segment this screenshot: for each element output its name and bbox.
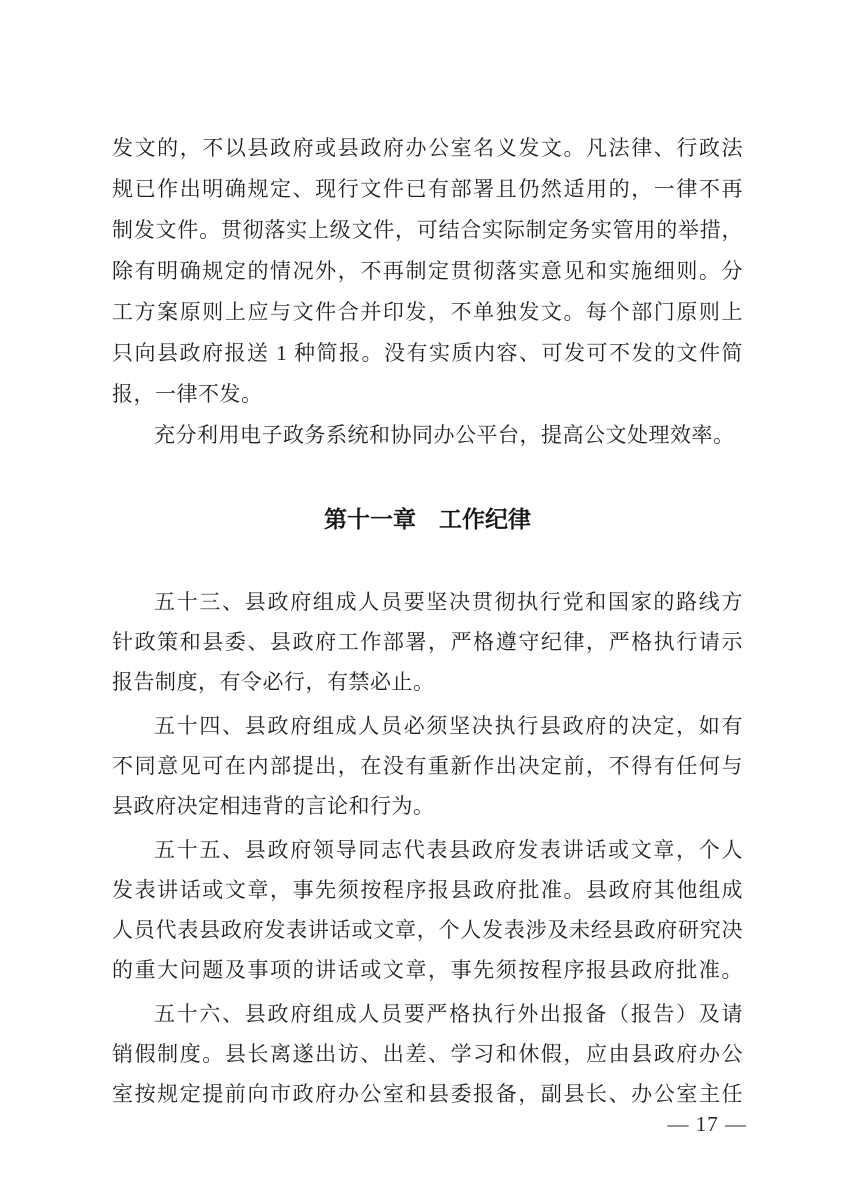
text-line: 县政府决定相违背的言论和行为。 — [112, 786, 743, 826]
text-line: 五十五、县政府领导同志代表县政府发表讲话或文章，个人 — [112, 830, 743, 870]
text-line: 工方案原则上应与文件合并印发，不单独发文。每个部门原则上 — [112, 292, 743, 333]
text-line: 室按规定提前向市政府办公室和县委报备，副县长、办公室主任 — [112, 1074, 743, 1114]
paragraph: 五十六、县政府组成人员要严格执行外出报备（报告）及请销假制度。县长离遂出访、出差… — [112, 994, 743, 1114]
text-line: 报，一律不发。 — [112, 374, 743, 415]
text-line: 除有明确规定的情况外，不再制定贯彻落实意见和实施细则。分 — [112, 251, 743, 292]
text-line: 只向县政府报送 1 种简报。没有实质内容、可发可不发的文件简 — [112, 333, 743, 374]
text-line: 发文的，不以县政府或县政府办公室名义发文。凡法律、行政法 — [112, 128, 743, 169]
page-number: — 17 — — [668, 1112, 748, 1137]
paragraph: 发文的，不以县政府或县政府办公室名义发文。凡法律、行政法规已作出明确规定、现行文… — [112, 128, 743, 415]
text-line: 制发文件。贯彻落实上级文件，可结合实际制定务实管用的举措， — [112, 210, 743, 251]
text-line: 规已作出明确规定、现行文件已有部署且仍然适用的，一律不再 — [112, 169, 743, 210]
document-body: 发文的，不以县政府或县政府办公室名义发文。凡法律、行政法规已作出明确规定、现行文… — [112, 128, 743, 1114]
text-line: 五十四、县政府组成人员必须坚决执行县政府的决定，如有 — [112, 706, 743, 746]
document-page: { "page": { "background": "#ffffff", "te… — [0, 0, 850, 1200]
text-line: 五十六、县政府组成人员要严格执行外出报备（报告）及请 — [112, 994, 743, 1034]
text-line: 人员代表县政府发表讲话或文章，个人发表涉及未经县政府研究决定 — [112, 910, 743, 950]
text-line: 报告制度，有令必行，有禁必止。 — [112, 662, 743, 702]
chapter-heading: 第十一章 工作纪律 — [112, 499, 743, 540]
paragraph: 五十五、县政府领导同志代表县政府发表讲话或文章，个人发表讲话或文章，事先须按程序… — [112, 830, 743, 990]
text-line: 销假制度。县长离遂出访、出差、学习和休假，应由县政府办公 — [112, 1034, 743, 1074]
paragraph: 充分利用电子政务系统和协同办公平台，提高公文处理效率。 — [112, 415, 743, 456]
text-line: 发表讲话或文章，事先须按程序报县政府批准。县政府其他组成 — [112, 870, 743, 910]
text-line: 充分利用电子政务系统和协同办公平台，提高公文处理效率。 — [112, 415, 743, 456]
text-line: 的重大问题及事项的讲话或文章，事先须按程序报县政府批准。 — [112, 950, 743, 990]
text-line: 不同意见可在内部提出，在没有重新作出决定前，不得有任何与 — [112, 746, 743, 786]
paragraph: 五十三、县政府组成人员要坚决贯彻执行党和国家的路线方针政策和县委、县政府工作部署… — [112, 582, 743, 702]
text-line: 五十三、县政府组成人员要坚决贯彻执行党和国家的路线方 — [112, 582, 743, 622]
paragraph: 五十四、县政府组成人员必须坚决执行县政府的决定，如有不同意见可在内部提出，在没有… — [112, 706, 743, 826]
text-line: 针政策和县委、县政府工作部署，严格遵守纪律，严格执行请示 — [112, 622, 743, 662]
